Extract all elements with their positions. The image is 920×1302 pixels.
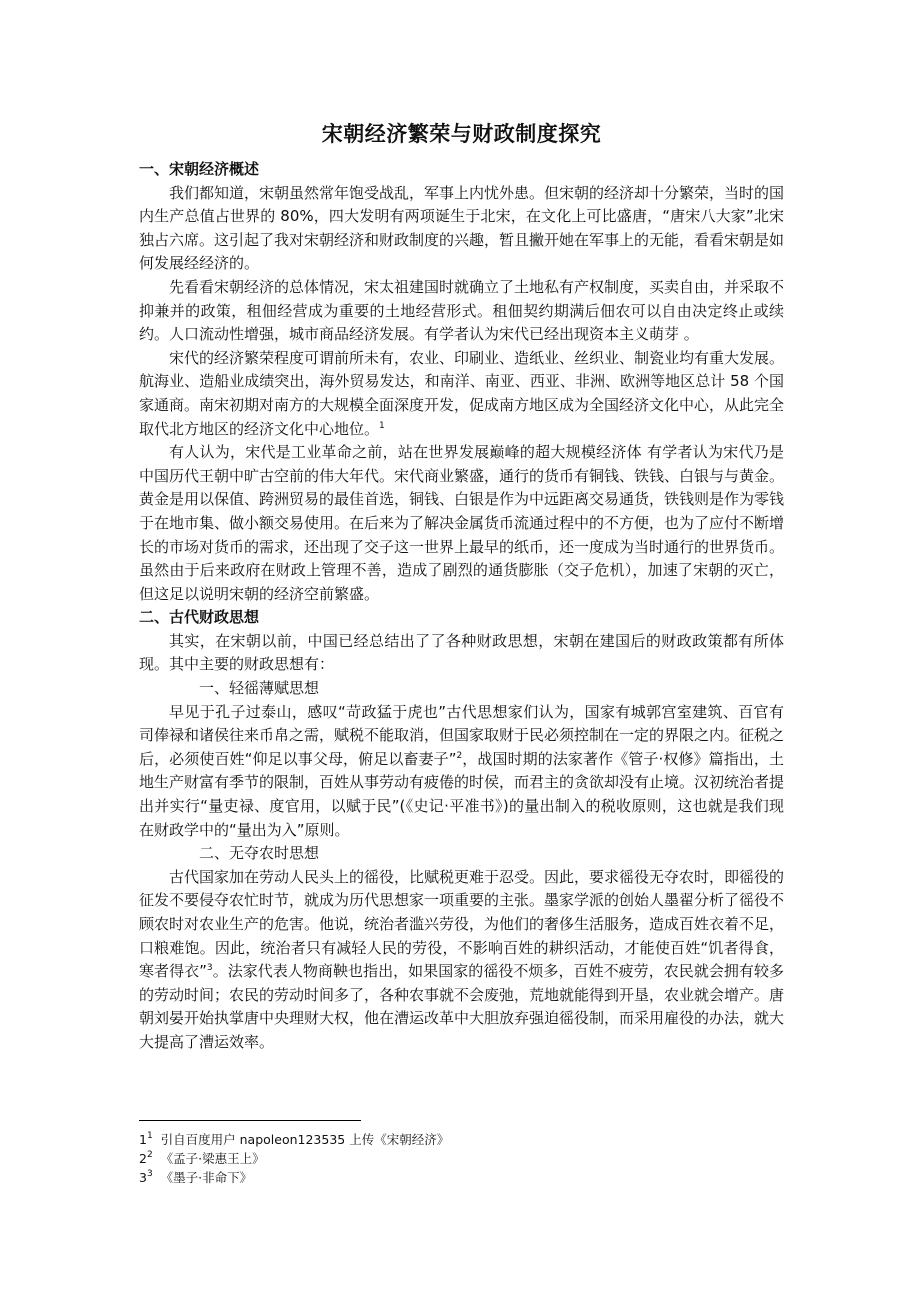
paragraph-text: 宋代的经济繁荣程度可谓前所未有，农业、印刷业、造纸业、丝织业、制瓷业均有重大发展… (139, 349, 784, 438)
paragraph: 早见于孔子过泰山，感叹“苛政猛于虎也”古代思想家们认为，国家有城郭宫室建筑、百官… (139, 701, 784, 843)
document-title: 宋朝经济繁荣与财政制度探究 (139, 118, 784, 148)
footnote-ref[interactable]: 1 (379, 421, 385, 431)
footnote-separator (139, 1120, 361, 1121)
document-body: 一、宋朝经济概述 我们都知道，宋朝虽然常年饱受战乱，军事上内忧外患。但宋朝的经济… (139, 158, 784, 1055)
section-heading: 二、古代财政思想 (139, 606, 784, 630)
paragraph: 先看看宋朝经济的总体情况，宋太祖建国时就确立了土地私有产权制度，买卖自由，并采取… (139, 276, 784, 347)
paragraph: 古代国家加在劳动人民头上的徭役，比赋税更难于忍受。因此，要求徭役无夺农时，即徭役… (139, 866, 784, 1055)
footnote: 33 《墨子·非命下》 (139, 1168, 449, 1187)
footnote: 11 引自百度用户 napoleon123535 上传《宋朝经济》 (139, 1130, 449, 1149)
footnote: 22 《孟子·梁惠王上》 (139, 1149, 449, 1168)
paragraph-text: 。法家代表人物商鞅也指出，如果国家的徭役不烦多，百姓不疲劳，农民就会拥有较多的劳… (139, 962, 784, 1051)
paragraph: 其实，在宋朝以前，中国已经总结出了了各种财政思想，宋朝在建国后的财政政策都有所体… (139, 630, 784, 677)
paragraph: 我们都知道，宋朝虽然常年饱受战乱，军事上内忧外患。但宋朝的经济却十分繁荣，当时的… (139, 182, 784, 276)
subsection-heading: 二、无夺农时思想 (139, 842, 784, 866)
footnotes: 11 引自百度用户 napoleon123535 上传《宋朝经济》 22 《孟子… (139, 1130, 449, 1187)
subsection-heading: 一、轻徭薄赋思想 (139, 677, 784, 701)
paragraph: 宋代的经济繁荣程度可谓前所未有，农业、印刷业、造纸业、丝织业、制瓷业均有重大发展… (139, 347, 784, 441)
section-heading: 一、宋朝经济概述 (139, 158, 784, 182)
paragraph: 有人认为，宋代是工业革命之前，站在世界发展巅峰的超大规模经济体 有学者认为宋代乃… (139, 441, 784, 606)
